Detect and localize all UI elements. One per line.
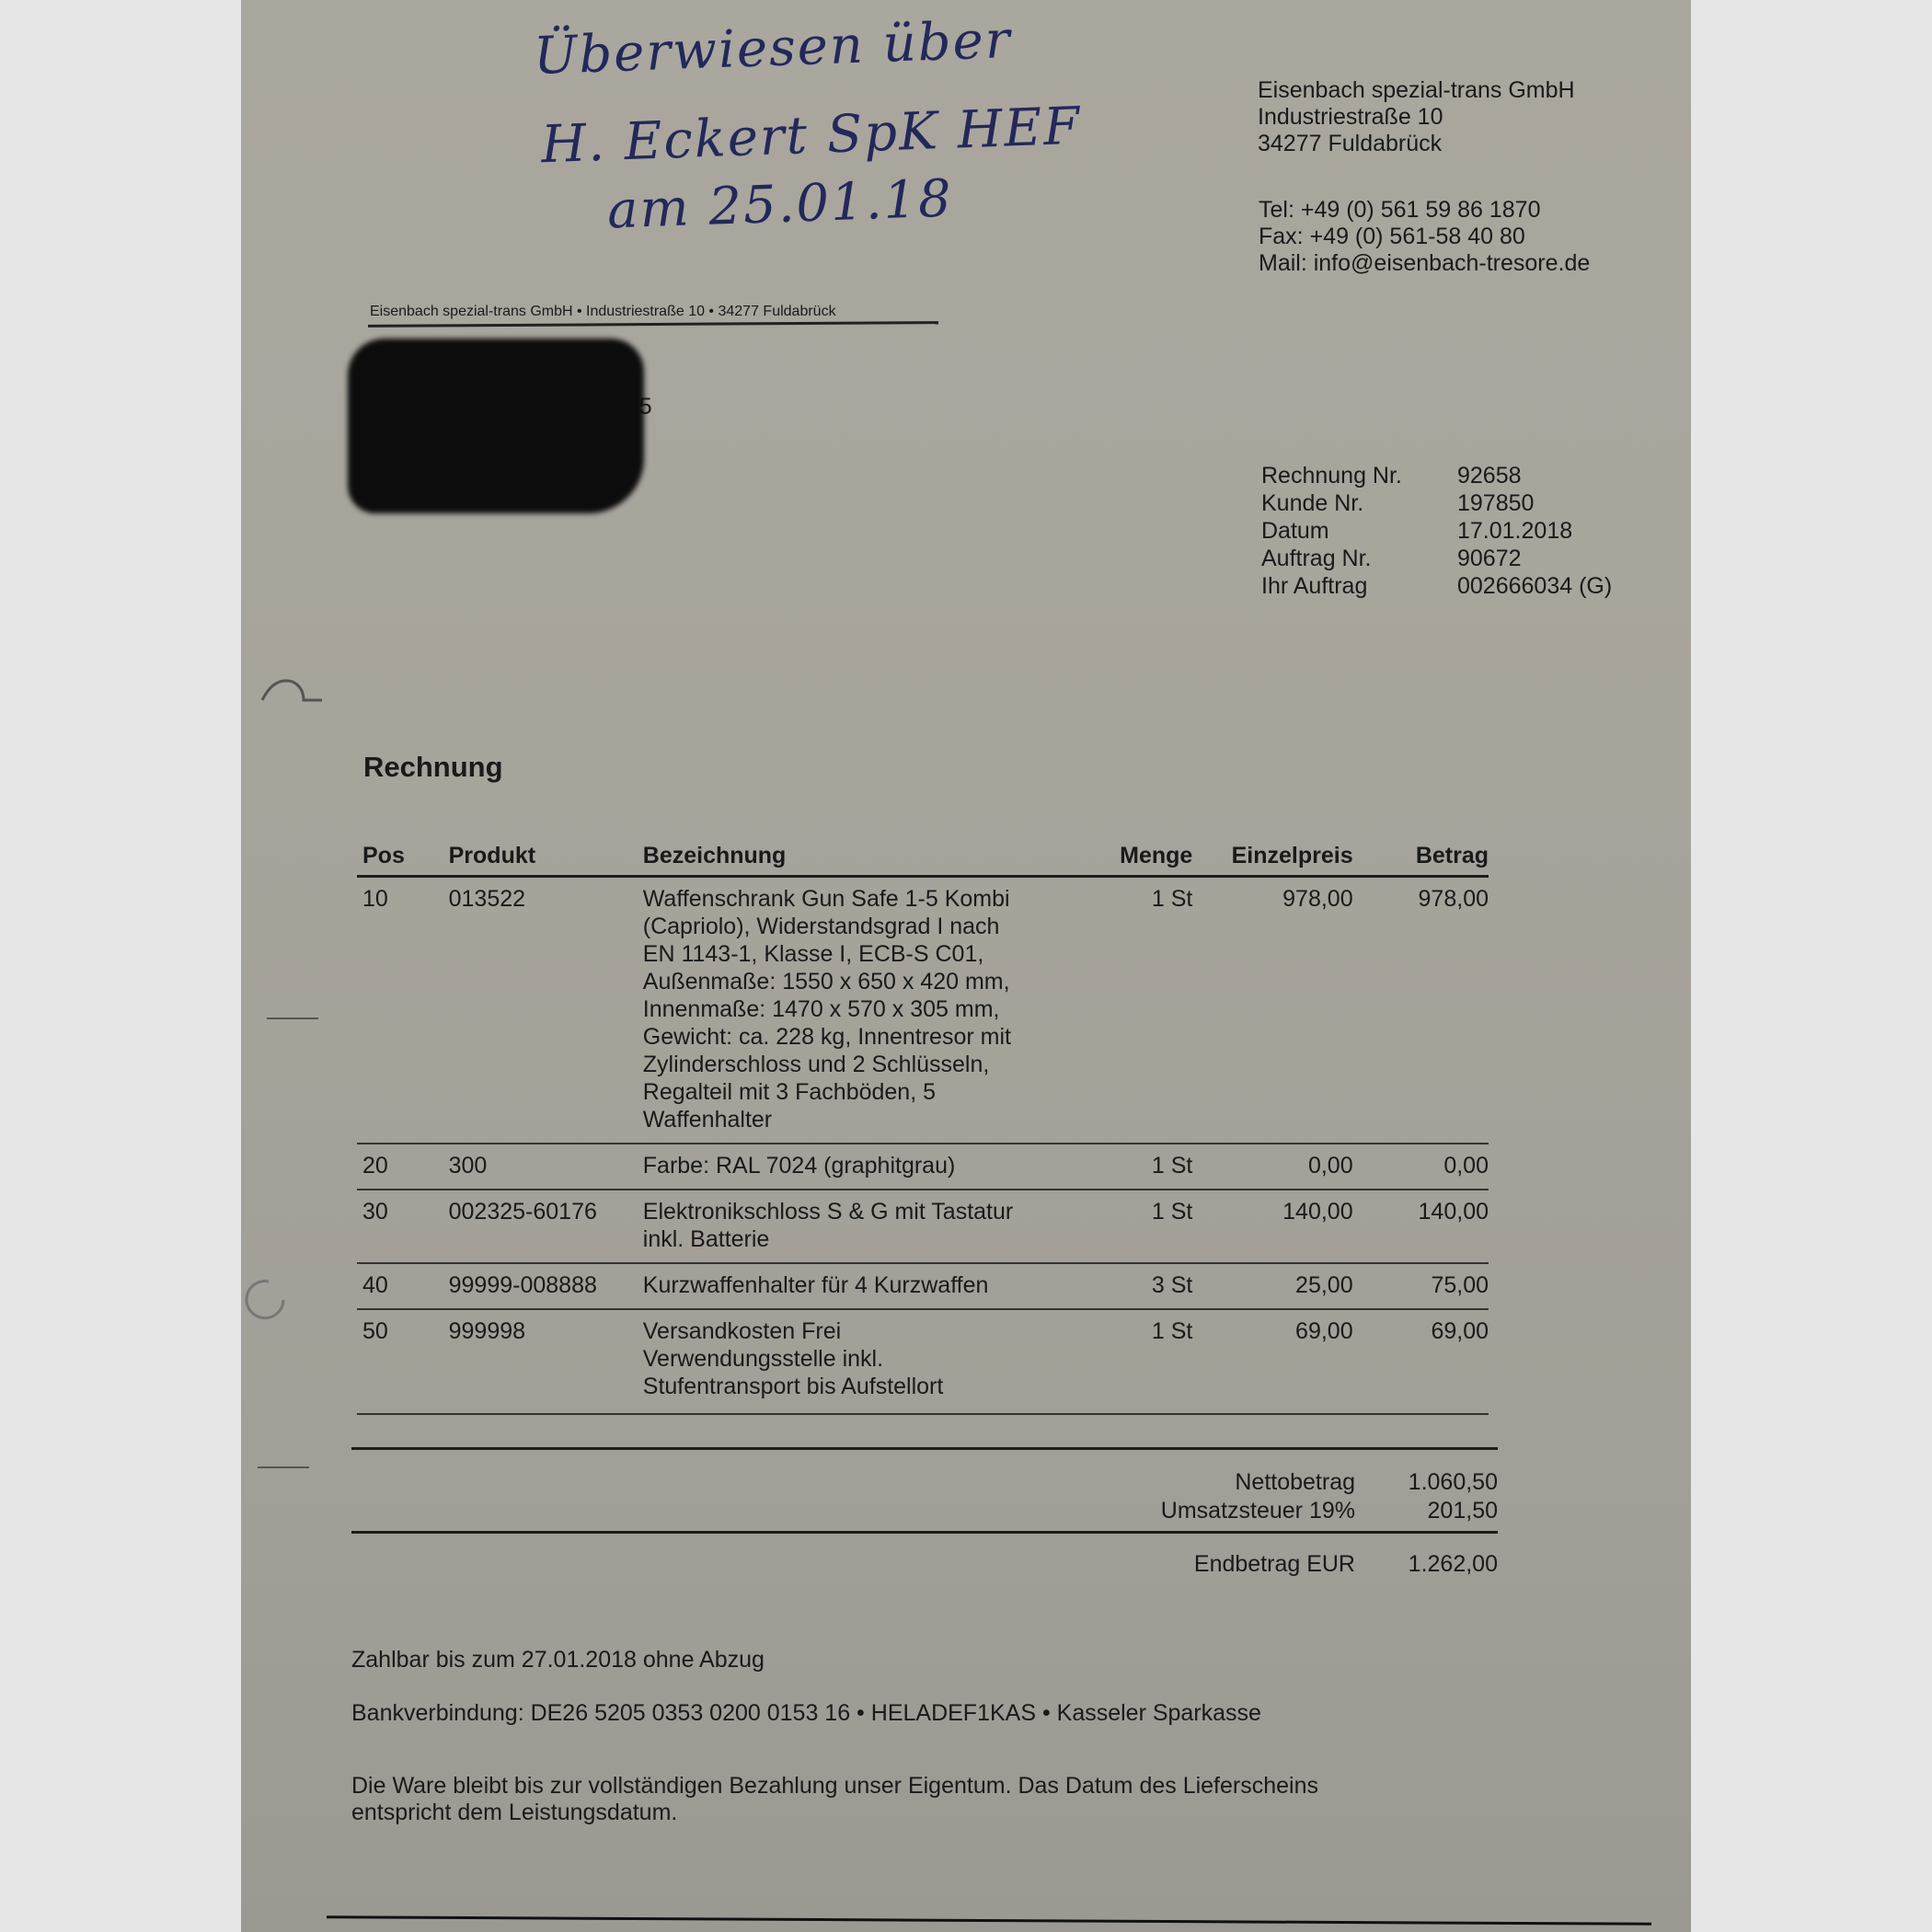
cell-amount: 69,00	[1353, 1317, 1489, 1400]
sender-city: 34277 Fuldabrück	[1258, 131, 1575, 157]
sender-fax: Fax: +49 (0) 561-58 40 80	[1259, 224, 1590, 250]
meta-row-invoice-no: Rechnung Nr.92658	[1261, 462, 1612, 489]
vat-value: 201,50	[1355, 1497, 1498, 1525]
cell-description: Farbe: RAL 7024 (graphitgrau)	[643, 1152, 1074, 1179]
sender-company: Eisenbach spezial-trans GmbH	[1258, 77, 1575, 104]
description-line: EN 1143-1, Klasse I, ECB-S C01,	[643, 940, 1074, 968]
handwritten-line-1: Überwiesen über	[533, 10, 1012, 86]
description-line: Stufentransport bis Aufstellort	[643, 1373, 1074, 1400]
handwritten-line-2: H. Eckert SpK HEF	[540, 97, 1082, 175]
return-address-rule	[368, 321, 938, 328]
cell-quantity: 1 St	[1074, 1198, 1192, 1253]
description-line: Elektronikschloss S & G mit Tastatur	[643, 1198, 1074, 1225]
description-line: Waffenschrank Gun Safe 1-5 Kombi	[643, 885, 1074, 913]
cell-quantity: 1 St	[1074, 1317, 1192, 1400]
total-row: Endbetrag EUR 1.262,00	[351, 1550, 1498, 1579]
description-line: Außenmaße: 1550 x 650 x 420 mm,	[643, 968, 1074, 995]
line-items-table: Pos Produkt Bezeichnung Menge Einzelprei…	[357, 833, 1489, 1415]
header-quantity: Menge	[1074, 843, 1192, 869]
invoice-meta: Rechnung Nr.92658 Kunde Nr.197850 Datum1…	[1261, 462, 1612, 600]
cell-pos: 10	[357, 885, 449, 1133]
totals-block: Nettobetrag 1.060,50 Umsatzsteuer 19% 20…	[351, 1447, 1498, 1579]
header-amount: Betrag	[1353, 843, 1489, 869]
total-label: Endbetrag EUR	[1194, 1550, 1355, 1579]
table-row: 50999998Versandkosten FreiVerwendungsste…	[357, 1310, 1489, 1415]
cell-quantity: 1 St	[1074, 1152, 1192, 1179]
net-value: 1.060,50	[1355, 1468, 1498, 1497]
cell-pos: 50	[357, 1317, 449, 1400]
return-address: Eisenbach spezial-trans GmbH • Industrie…	[370, 304, 836, 320]
vat-row: Umsatzsteuer 19% 201,50	[351, 1497, 1498, 1525]
cell-description: Elektronikschloss S & G mit Tastaturinkl…	[643, 1198, 1074, 1253]
header-unit-price: Einzelpreis	[1192, 843, 1352, 869]
cell-amount: 75,00	[1353, 1271, 1489, 1299]
header-product: Produkt	[449, 843, 643, 869]
description-line: Gewicht: ca. 228 kg, Innentresor mit	[643, 1023, 1074, 1051]
invoice-paper: Überwiesen über H. Eckert SpK HEF am 25.…	[241, 0, 1691, 1932]
description-line: Waffenhalter	[643, 1106, 1074, 1133]
cell-unit-price: 69,00	[1192, 1317, 1352, 1400]
meta-row-customer-no: Kunde Nr.197850	[1261, 489, 1612, 517]
hole-punch-mark-bottom	[241, 1274, 296, 1329]
cell-unit-price: 978,00	[1192, 885, 1352, 1133]
meta-row-date: Datum17.01.2018	[1261, 517, 1612, 545]
sender-street: Industriestraße 10	[1258, 104, 1575, 131]
table-row: 4099999-008888Kurzwaffenhalter für 4 Kur…	[357, 1264, 1489, 1310]
cell-pos: 30	[357, 1198, 449, 1253]
net-amount-row: Nettobetrag 1.060,50	[351, 1468, 1498, 1497]
vat-label: Umsatzsteuer 19%	[1161, 1497, 1355, 1525]
description-line: inkl. Batterie	[643, 1225, 1074, 1253]
payment-terms: Zahlbar bis zum 27.01.2018 ohne Abzug	[351, 1647, 765, 1673]
cell-description: Kurzwaffenhalter für 4 Kurzwaffen	[643, 1271, 1074, 1299]
description-line: Versandkosten Frei	[643, 1317, 1074, 1345]
net-label: Nettobetrag	[1235, 1468, 1355, 1497]
table-body: 10013522Waffenschrank Gun Safe 1-5 Kombi…	[357, 878, 1489, 1415]
sender-mail: Mail: info@eisenbach-tresore.de	[1259, 250, 1590, 277]
cell-unit-price: 25,00	[1192, 1271, 1352, 1299]
cell-product: 99999-008888	[449, 1271, 643, 1299]
sender-contact: Tel: +49 (0) 561 59 86 1870 Fax: +49 (0)…	[1259, 197, 1590, 277]
description-line: Innenmaße: 1470 x 570 x 305 mm,	[643, 995, 1074, 1023]
table-row: 10013522Waffenschrank Gun Safe 1-5 Kombi…	[357, 878, 1489, 1144]
cell-product: 999998	[449, 1317, 643, 1400]
bottom-rule	[327, 1915, 1651, 1926]
total-value: 1.262,00	[1355, 1550, 1498, 1579]
retention-clause-line-1: Die Ware bleibt bis zur vollständigen Be…	[351, 1773, 1318, 1800]
description-line: Zylinderschloss und 2 Schlüsseln,	[643, 1051, 1074, 1078]
meta-row-order-no: Auftrag Nr.90672	[1261, 545, 1612, 572]
cell-product: 300	[449, 1152, 643, 1179]
cell-unit-price: 0,00	[1192, 1152, 1352, 1179]
fold-mark-lower	[258, 1466, 309, 1468]
meta-row-your-order: Ihr Auftrag002666034 (G)	[1261, 572, 1612, 600]
description-line: (Capriolo), Widerstandsgrad I nach	[643, 913, 1074, 940]
fold-mark	[267, 1018, 318, 1019]
cell-product: 002325-60176	[449, 1198, 643, 1253]
header-pos: Pos	[357, 843, 449, 869]
description-line: Verwendungsstelle inkl.	[643, 1345, 1074, 1373]
table-row: 30002325-60176Elektronikschloss S & G mi…	[357, 1190, 1489, 1264]
cell-amount: 140,00	[1353, 1198, 1489, 1253]
cell-unit-price: 140,00	[1192, 1198, 1352, 1253]
table-row: 20300Farbe: RAL 7024 (graphitgrau)1 St0,…	[357, 1144, 1489, 1190]
retention-clause-line-2: entspricht dem Leistungsdatum.	[351, 1800, 677, 1826]
description-line: Kurzwaffenhalter für 4 Kurzwaffen	[643, 1271, 1074, 1299]
header-description: Bezeichnung	[643, 843, 1074, 869]
cell-amount: 0,00	[1353, 1152, 1489, 1179]
description-line: Farbe: RAL 7024 (graphitgrau)	[643, 1152, 1074, 1179]
cell-description: Waffenschrank Gun Safe 1-5 Kombi(Capriol…	[643, 885, 1074, 1133]
handwritten-note: Überwiesen über H. Eckert SpK HEF am 25.…	[534, 0, 1012, 248]
cell-amount: 978,00	[1353, 885, 1489, 1133]
cell-pos: 40	[357, 1271, 449, 1299]
hole-punch-mark-top	[258, 676, 331, 713]
sender-tel: Tel: +49 (0) 561 59 86 1870	[1259, 197, 1590, 224]
sender-address: Eisenbach spezial-trans GmbH Industriest…	[1258, 77, 1575, 157]
invoice-title: Rechnung	[363, 751, 503, 784]
cell-product: 013522	[449, 885, 643, 1133]
redaction-block	[348, 339, 644, 513]
cell-quantity: 3 St	[1074, 1271, 1192, 1299]
table-header: Pos Produkt Bezeichnung Menge Einzelprei…	[357, 833, 1489, 878]
cell-pos: 20	[357, 1152, 449, 1179]
handwritten-line-3: am 25.01.18	[606, 168, 954, 240]
cell-description: Versandkosten FreiVerwendungsstelle inkl…	[643, 1317, 1074, 1400]
bank-details: Bankverbindung: DE26 5205 0353 0200 0153…	[351, 1700, 1261, 1727]
description-line: Regalteil mit 3 Fachböden, 5	[643, 1078, 1074, 1106]
cell-quantity: 1 St	[1074, 885, 1192, 1133]
